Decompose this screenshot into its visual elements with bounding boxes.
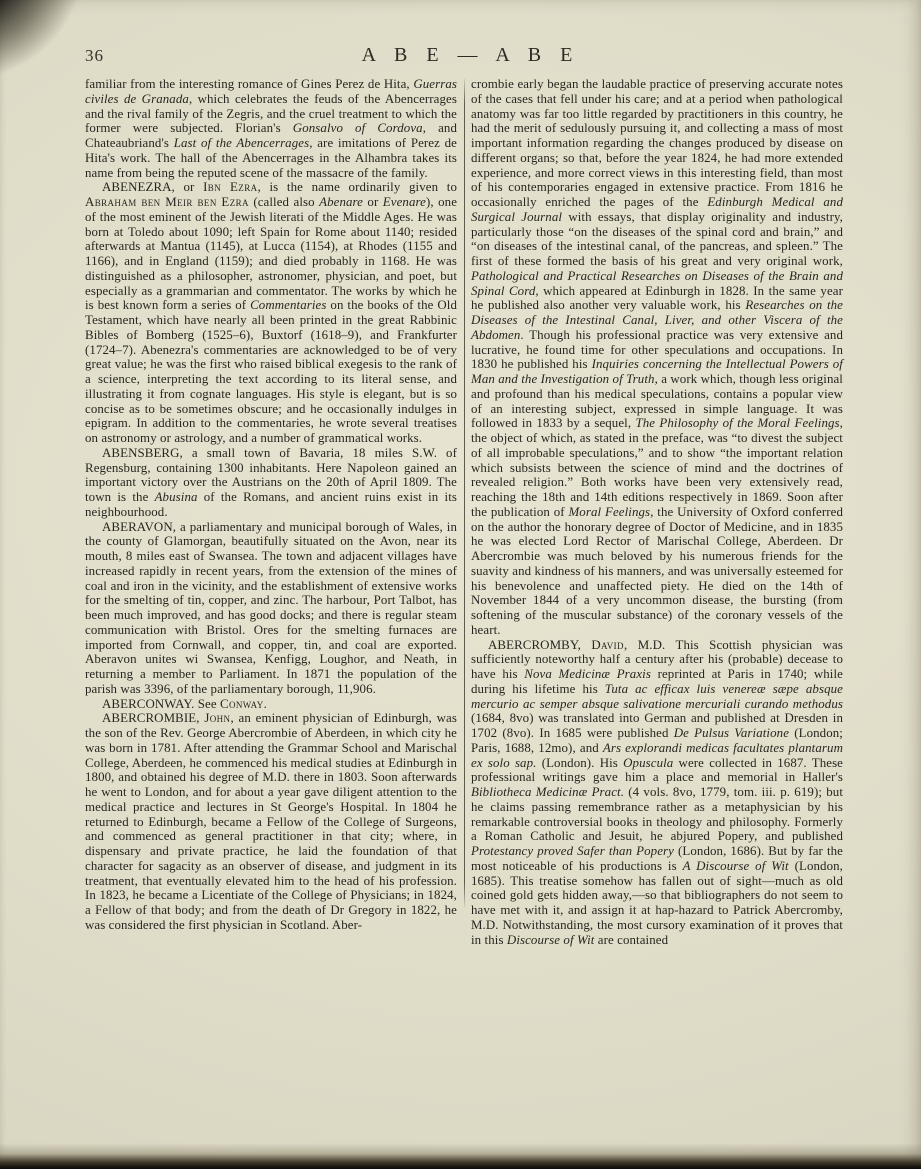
text-run: Abenare	[319, 195, 363, 209]
running-head: A B E — A B E	[85, 44, 853, 67]
text-run: Ibn Ezra	[203, 180, 257, 194]
paragraph: ABENEZRA, or Ibn Ezra, is the name ordin…	[85, 180, 457, 446]
text-run: A Discourse of Wit	[683, 859, 789, 873]
right-column: crombie early began the laudable practic…	[471, 77, 843, 947]
two-column-layout: familiar from the interesting romance of…	[85, 77, 853, 947]
text-run: Evenare	[383, 195, 426, 209]
text-run: Bibliotheca Medicinæ Pract.	[471, 785, 624, 799]
text-run: , the University of Oxford conferred on …	[471, 505, 843, 637]
scanned-book-page: 36 A B E — A B E familiar from the inter…	[0, 0, 921, 1169]
text-run: familiar from the interesting romance of…	[85, 77, 413, 91]
text-run: Nova Medicinæ Praxis	[524, 667, 651, 681]
text-run: ABENEZRA, or	[102, 180, 203, 194]
text-run: Gonsalvo of Cordova	[293, 121, 423, 135]
column-divider-rule	[464, 79, 465, 907]
paragraph: ABERCONWAY. See Conway.	[85, 697, 457, 712]
text-run: Discourse of Wit	[507, 933, 595, 947]
page-bottom-edge-shadow	[0, 1143, 921, 1169]
text-block: 36 A B E — A B E familiar from the inter…	[85, 40, 853, 947]
text-run: ABERCONWAY. See	[102, 697, 220, 711]
text-run: Moral Feelings	[568, 505, 650, 519]
text-run: Abusina	[155, 490, 198, 504]
text-run: David	[591, 638, 624, 652]
text-run: Commentaries	[250, 298, 326, 312]
text-run: Opuscula	[623, 756, 673, 770]
text-run: The Philosophy of the Moral Feelings	[635, 416, 839, 430]
text-run: or	[363, 195, 383, 209]
text-run: ABERAVON, a parliamentary and municipal …	[85, 520, 457, 696]
text-run: , is the name ordinarily given to	[258, 180, 458, 194]
text-run: on the books of the Old Testament, which…	[85, 298, 457, 445]
text-run: Conway	[220, 697, 264, 711]
paragraph: ABERCROMBY, David, M.D. This Scottish ph…	[471, 638, 843, 948]
text-run: , the object of which, as stated in the …	[471, 416, 843, 519]
text-run: ABERCROMBY,	[488, 638, 591, 652]
text-run: are contained	[594, 933, 668, 947]
text-run: crombie early began the laudable practic…	[471, 77, 843, 209]
text-run: (London). His	[536, 756, 623, 770]
text-run: , an eminent physician of Edinburgh, was…	[85, 711, 457, 932]
text-run: De Pulsus Variatione	[674, 726, 789, 740]
text-run: (called also	[249, 195, 319, 209]
paragraph: ABERCROMBIE, John, an eminent physician …	[85, 711, 457, 932]
paragraph: ABERAVON, a parliamentary and municipal …	[85, 520, 457, 697]
text-run: John	[204, 711, 230, 725]
left-column: familiar from the interesting romance of…	[85, 77, 457, 947]
paragraph: ABENSBERG, a small town of Bavaria, 18 m…	[85, 446, 457, 520]
text-run: Last of the Abencerrages	[174, 136, 310, 150]
text-run: ABERCROMBIE,	[102, 711, 204, 725]
paragraph: crombie early began the laudable practic…	[471, 77, 843, 638]
text-run: ), one of the most eminent of the Jewish…	[85, 195, 457, 312]
paragraph: familiar from the interesting romance of…	[85, 77, 457, 180]
page-header: 36 A B E — A B E	[85, 40, 853, 74]
text-run: Abraham ben Meir ben Ezra	[85, 195, 249, 209]
text-run: Protestancy proved Safer than Popery	[471, 844, 674, 858]
text-run: .	[264, 697, 267, 711]
